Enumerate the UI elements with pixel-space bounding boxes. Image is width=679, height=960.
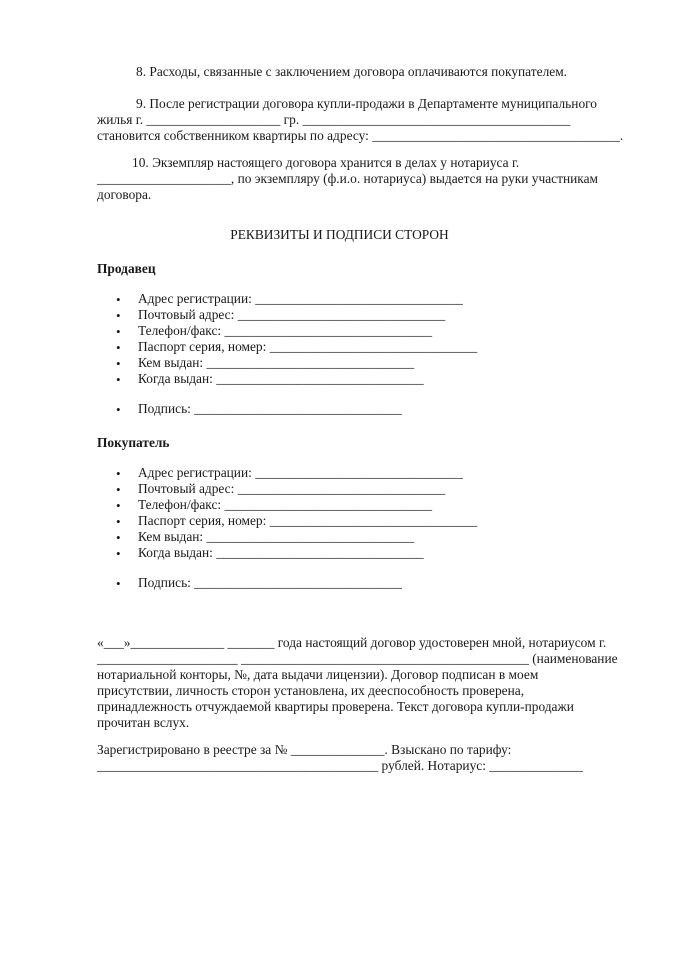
- bullet-icon: •: [116, 530, 121, 546]
- seller-issued-date: Когда выдан: ___________________________…: [138, 371, 424, 387]
- bullet-icon: •: [116, 546, 121, 562]
- notary-line-6: прочитан вслух.: [97, 715, 189, 731]
- seller-postal-address: Почтовый адрес: ________________________…: [138, 307, 445, 323]
- buyer-postal-address: Почтовый адрес: ________________________…: [138, 481, 445, 497]
- bullet-icon: •: [116, 340, 121, 356]
- seller-heading: Продавец: [97, 261, 156, 277]
- clause-9-line-3: становится собственником квартиры по адр…: [97, 128, 623, 144]
- buyer-signature: Подпись: _______________________________: [138, 575, 402, 591]
- bullet-icon: •: [116, 576, 121, 592]
- bullet-icon: •: [116, 402, 121, 418]
- document-page: 8. Расходы, связанные с заключением дого…: [0, 0, 679, 960]
- buyer-heading: Покупатель: [97, 435, 170, 451]
- seller-passport: Паспорт серия, номер: __________________…: [138, 339, 477, 355]
- bullet-icon: •: [116, 514, 121, 530]
- seller-signature: Подпись: _______________________________: [138, 401, 402, 417]
- bullet-icon: •: [116, 498, 121, 514]
- notary-line-3: нотариальной конторы, №, дата выдачи лиц…: [97, 667, 538, 683]
- bullet-icon: •: [116, 372, 121, 388]
- bullet-icon: •: [116, 356, 121, 372]
- clause-10-line-3: договора.: [97, 187, 151, 203]
- registry-line-2: ________________________________________…: [97, 758, 583, 774]
- seller-registration-address: Адрес регистрации: _____________________…: [138, 291, 463, 307]
- clause-10-line-2: ____________________, по экземпляру (ф.и…: [97, 171, 598, 187]
- bullet-icon: •: [116, 482, 121, 498]
- bullet-icon: •: [116, 466, 121, 482]
- buyer-issued-date: Когда выдан: ___________________________…: [138, 545, 424, 561]
- clause-9-line-1: 9. После регистрации договора купли-прод…: [136, 96, 597, 112]
- registry-line-1: Зарегистрировано в реестре за № ________…: [97, 742, 511, 758]
- buyer-registration-address: Адрес регистрации: _____________________…: [138, 465, 463, 481]
- bullet-icon: •: [116, 308, 121, 324]
- buyer-phone-fax: Телефон/факс: __________________________…: [138, 497, 432, 513]
- section-title: РЕКВИЗИТЫ И ПОДПИСИ СТОРОН: [0, 227, 679, 243]
- clause-9-line-2: жилья г. ____________________ гр. ______…: [97, 112, 570, 128]
- bullet-icon: •: [116, 292, 121, 308]
- buyer-issued-by: Кем выдан: _____________________________…: [138, 529, 414, 545]
- bullet-icon: •: [116, 324, 121, 340]
- notary-line-5: принадлежность отчуждаемой квартиры пров…: [97, 699, 574, 715]
- clause-8-text: 8. Расходы, связанные с заключением дого…: [136, 64, 567, 80]
- seller-phone-fax: Телефон/факс: __________________________…: [138, 323, 432, 339]
- buyer-passport: Паспорт серия, номер: __________________…: [138, 513, 477, 529]
- notary-line-2: _____________________ __________________…: [97, 651, 618, 667]
- notary-line-1: «___»______________ _______ года настоящ…: [97, 635, 606, 651]
- clause-10-line-1: 10. Экземпляр настоящего договора хранит…: [132, 155, 519, 171]
- notary-line-4: присутствии, личность сторон установлена…: [97, 683, 524, 699]
- seller-issued-by: Кем выдан: _____________________________…: [138, 355, 414, 371]
